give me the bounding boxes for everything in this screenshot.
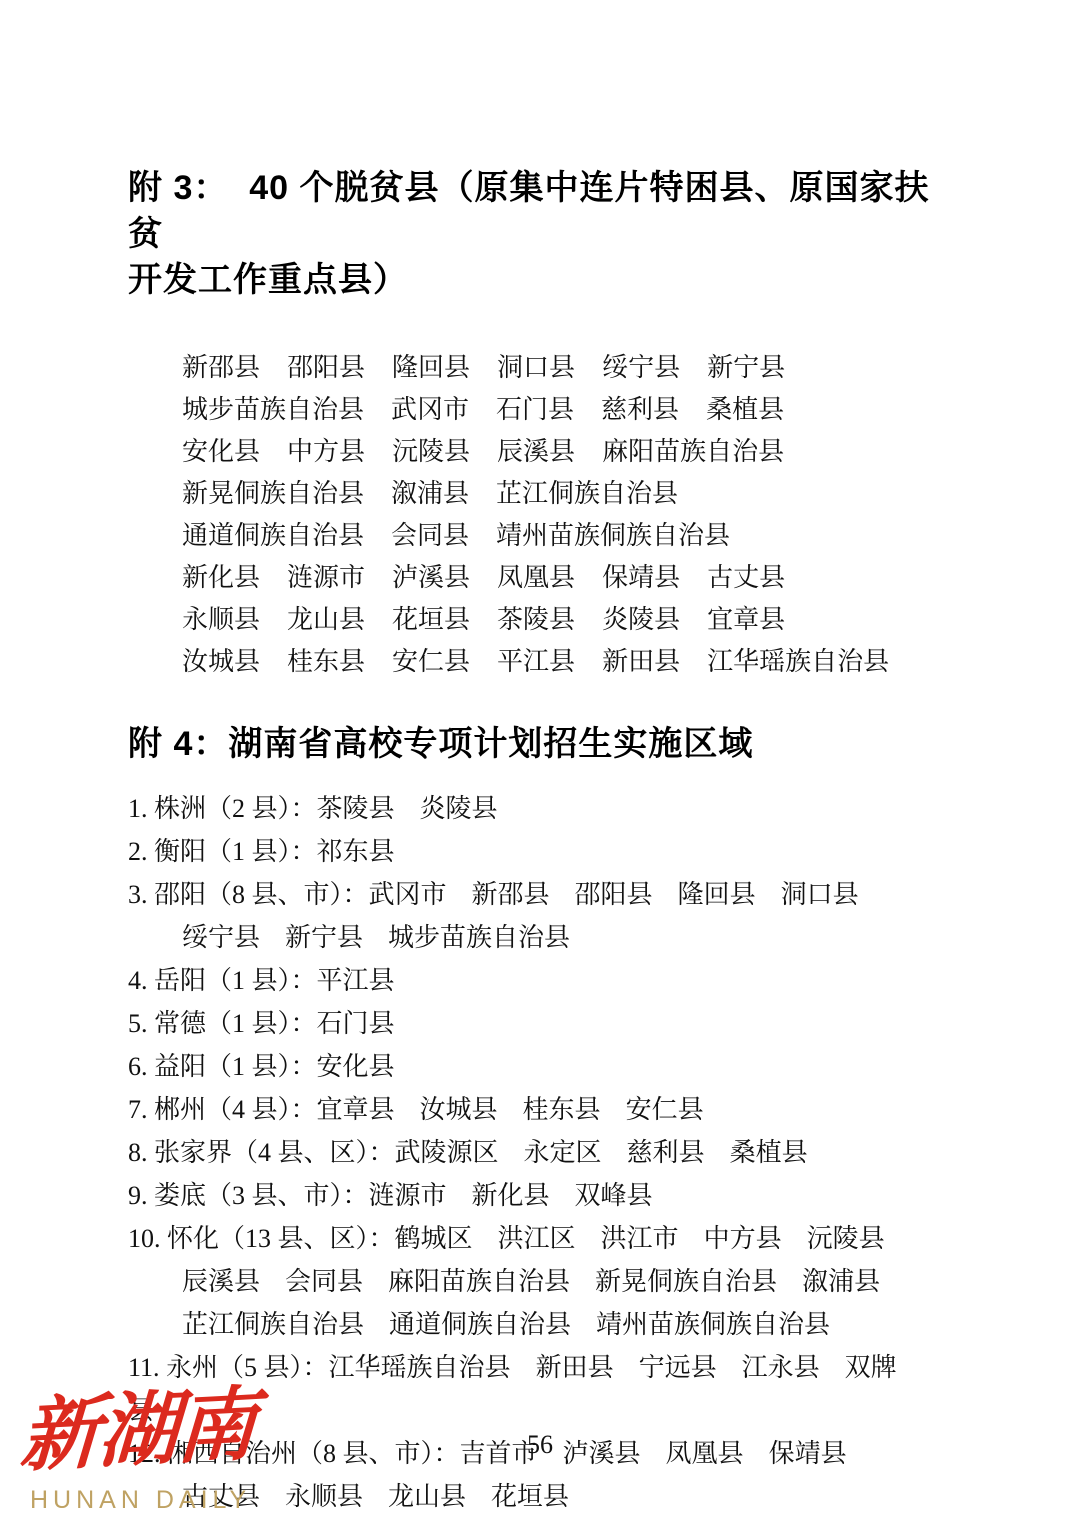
county-name: 宜章县 — [707, 605, 785, 634]
county-name: 武陵源区 — [395, 1138, 499, 1167]
county-name: 麻阳苗族自治县 — [602, 437, 784, 466]
region-head: 3. 邵阳（8 县、市）： — [128, 880, 369, 909]
county-name: 洪江区 — [498, 1224, 576, 1253]
county-name: 江华瑶族自治县 — [707, 647, 889, 676]
hunan-daily-logo-en: HUNAN DAILY — [18, 1486, 298, 1515]
county-name: 武冈市 — [391, 395, 469, 424]
county-name: 靖州苗族侗族自治县 — [596, 1310, 830, 1339]
region-head: 1. 株洲（2 县）： — [128, 794, 317, 823]
county-name: 古丈县 — [707, 563, 785, 592]
county-name: 桂东县 — [287, 647, 365, 676]
hunan-daily-logo-cn: 新湖南 — [18, 1377, 302, 1484]
county-name: 芷江侗族自治县 — [496, 479, 678, 508]
region-line: 9. 娄底（3 县、市）：涟源市新化县双峰县 — [128, 1174, 942, 1217]
county-name: 涟源市 — [369, 1181, 447, 1210]
region-line: 1. 株洲（2 县）：茶陵县炎陵县 — [128, 787, 942, 830]
region-line: 绥宁县新宁县城步苗族自治县 — [128, 916, 942, 959]
county-name: 会同县 — [285, 1267, 363, 1296]
county-name: 安仁县 — [392, 647, 470, 676]
county-name: 新化县 — [182, 563, 260, 592]
county-name: 隆回县 — [678, 880, 756, 909]
county-name: 茶陵县 — [317, 794, 395, 823]
county-row: 通道侗族自治县会同县靖州苗族侗族自治县 — [182, 515, 942, 557]
county-name: 龙山县 — [287, 605, 365, 634]
county-name: 安化县 — [182, 437, 260, 466]
county-name: 炎陵县 — [602, 605, 680, 634]
county-name: 桑植县 — [706, 395, 784, 424]
county-name: 桂东县 — [523, 1095, 601, 1124]
county-name: 新宁县 — [707, 353, 785, 382]
region-line: 10. 怀化（13 县、区）：鹤城区洪江区洪江市中方县沅陵县 — [128, 1217, 942, 1260]
county-name: 沅陵县 — [807, 1224, 885, 1253]
county-name: 茶陵县 — [497, 605, 575, 634]
county-name: 慈利县 — [601, 395, 679, 424]
region-line: 芷江侗族自治县通道侗族自治县靖州苗族侗族自治县 — [128, 1303, 942, 1346]
county-name: 洪江市 — [601, 1224, 679, 1253]
county-name: 双峰县 — [575, 1181, 653, 1210]
county-name: 邵阳县 — [287, 353, 365, 382]
county-name: 辰溪县 — [497, 437, 575, 466]
county-name: 绥宁县 — [182, 923, 260, 952]
county-name: 城步苗族自治县 — [182, 395, 364, 424]
county-name: 涟源市 — [287, 563, 365, 592]
county-row: 汝城县桂东县安仁县平江县新田县江华瑶族自治县 — [182, 641, 942, 683]
county-name: 花垣县 — [491, 1482, 569, 1511]
county-name: 安化县 — [317, 1052, 395, 1081]
county-name: 宜章县 — [317, 1095, 395, 1124]
county-name: 石门县 — [496, 395, 574, 424]
region-head: 8. 张家界（4 县、区）： — [128, 1138, 395, 1167]
county-name: 泸溪县 — [392, 563, 470, 592]
county-name: 绥宁县 — [602, 353, 680, 382]
region-line: 2. 衡阳（1 县）：祁东县 — [128, 830, 942, 873]
county-name: 辰溪县 — [182, 1267, 260, 1296]
county-row: 新邵县邵阳县隆回县洞口县绥宁县新宁县 — [182, 347, 942, 389]
region-line: 8. 张家界（4 县、区）：武陵源区永定区慈利县桑植县 — [128, 1131, 942, 1174]
county-grid: 新邵县邵阳县隆回县洞口县绥宁县新宁县城步苗族自治县武冈市石门县慈利县桑植县安化县… — [128, 347, 942, 683]
county-name: 新宁县 — [285, 923, 363, 952]
county-name: 保靖县 — [602, 563, 680, 592]
county-name: 汝城县 — [420, 1095, 498, 1124]
county-name: 城步苗族自治县 — [388, 923, 570, 952]
county-name: 龙山县 — [388, 1482, 466, 1511]
attachment3-title-line2: 开发工作重点县） — [128, 257, 942, 303]
county-name: 隆回县 — [392, 353, 470, 382]
county-name: 新晃侗族自治县 — [182, 479, 364, 508]
county-name: 双牌 — [845, 1353, 897, 1382]
county-name: 通道侗族自治县 — [182, 521, 364, 550]
region-head: 2. 衡阳（1 县）： — [128, 837, 317, 866]
county-name: 会同县 — [391, 521, 469, 550]
region-line: 4. 岳阳（1 县）：平江县 — [128, 959, 942, 1002]
county-row: 永顺县龙山县花垣县茶陵县炎陵县宜章县 — [182, 599, 942, 641]
county-name: 洞口县 — [781, 880, 859, 909]
county-name: 石门县 — [317, 1009, 395, 1038]
county-name: 炎陵县 — [420, 794, 498, 823]
attachment4-title: 附 4：湖南省高校专项计划招生实施区域 — [128, 721, 942, 767]
county-name: 溆浦县 — [391, 479, 469, 508]
county-name: 平江县 — [497, 647, 575, 676]
county-name: 中方县 — [704, 1224, 782, 1253]
county-name: 宁远县 — [639, 1353, 717, 1382]
attachment3-title: 附 3： 40 个脱贫县（原集中连片特困县、原国家扶贫 开发工作重点县） — [128, 165, 942, 303]
attachment3-title-line1: 附 3： 40 个脱贫县（原集中连片特困县、原国家扶贫 — [128, 165, 942, 257]
county-row: 新化县涟源市泸溪县凤凰县保靖县古丈县 — [182, 557, 942, 599]
county-name: 安仁县 — [626, 1095, 704, 1124]
county-name: 凤凰县 — [497, 563, 575, 592]
county-name: 新化县 — [472, 1181, 550, 1210]
document-page: 附 3： 40 个脱贫县（原集中连片特困县、原国家扶贫 开发工作重点县） 新邵县… — [0, 0, 1080, 1533]
county-name: 洞口县 — [497, 353, 575, 382]
region-line: 7. 郴州（4 县）：宜章县汝城县桂东县安仁县 — [128, 1088, 942, 1131]
county-name: 新晃侗族自治县 — [595, 1267, 777, 1296]
county-row: 新晃侗族自治县溆浦县芷江侗族自治县 — [182, 473, 942, 515]
county-name: 永定区 — [524, 1138, 602, 1167]
county-name: 永顺县 — [182, 605, 260, 634]
county-name: 花垣县 — [392, 605, 470, 634]
county-name: 江华瑶族自治县 — [329, 1353, 511, 1382]
county-name: 武冈市 — [369, 880, 447, 909]
region-head: 4. 岳阳（1 县）： — [128, 966, 317, 995]
region-head: 9. 娄底（3 县、市）： — [128, 1181, 369, 1210]
region-head: 5. 常德（1 县）： — [128, 1009, 317, 1038]
county-row: 城步苗族自治县武冈市石门县慈利县桑植县 — [182, 389, 942, 431]
county-name: 江永县 — [742, 1353, 820, 1382]
county-name: 通道侗族自治县 — [389, 1310, 571, 1339]
county-name: 鹤城区 — [395, 1224, 473, 1253]
county-name: 新田县 — [602, 647, 680, 676]
county-name: 靖州苗族侗族自治县 — [496, 521, 730, 550]
county-name: 慈利县 — [627, 1138, 705, 1167]
county-name: 桑植县 — [730, 1138, 808, 1167]
county-name: 芷江侗族自治县 — [182, 1310, 364, 1339]
county-name: 新田县 — [536, 1353, 614, 1382]
hunan-daily-logo: 新湖南 HUNAN DAILY — [18, 1392, 298, 1515]
county-name: 中方县 — [287, 437, 365, 466]
county-name: 邵阳县 — [575, 880, 653, 909]
county-name: 溆浦县 — [802, 1267, 880, 1296]
county-name: 平江县 — [317, 966, 395, 995]
county-name: 新邵县 — [472, 880, 550, 909]
county-name: 沅陵县 — [392, 437, 470, 466]
county-name: 汝城县 — [182, 647, 260, 676]
region-head: 7. 郴州（4 县）： — [128, 1095, 317, 1124]
region-head: 6. 益阳（1 县）： — [128, 1052, 317, 1081]
region-head: 10. 怀化（13 县、区）： — [128, 1224, 395, 1253]
county-name: 新邵县 — [182, 353, 260, 382]
county-name: 祁东县 — [317, 837, 395, 866]
region-line: 5. 常德（1 县）：石门县 — [128, 1002, 942, 1045]
region-line: 6. 益阳（1 县）：安化县 — [128, 1045, 942, 1088]
region-line: 3. 邵阳（8 县、市）：武冈市新邵县邵阳县隆回县洞口县 — [128, 873, 942, 916]
county-name: 麻阳苗族自治县 — [388, 1267, 570, 1296]
county-row: 安化县中方县沅陵县辰溪县麻阳苗族自治县 — [182, 431, 942, 473]
region-line: 辰溪县会同县麻阳苗族自治县新晃侗族自治县溆浦县 — [128, 1260, 942, 1303]
